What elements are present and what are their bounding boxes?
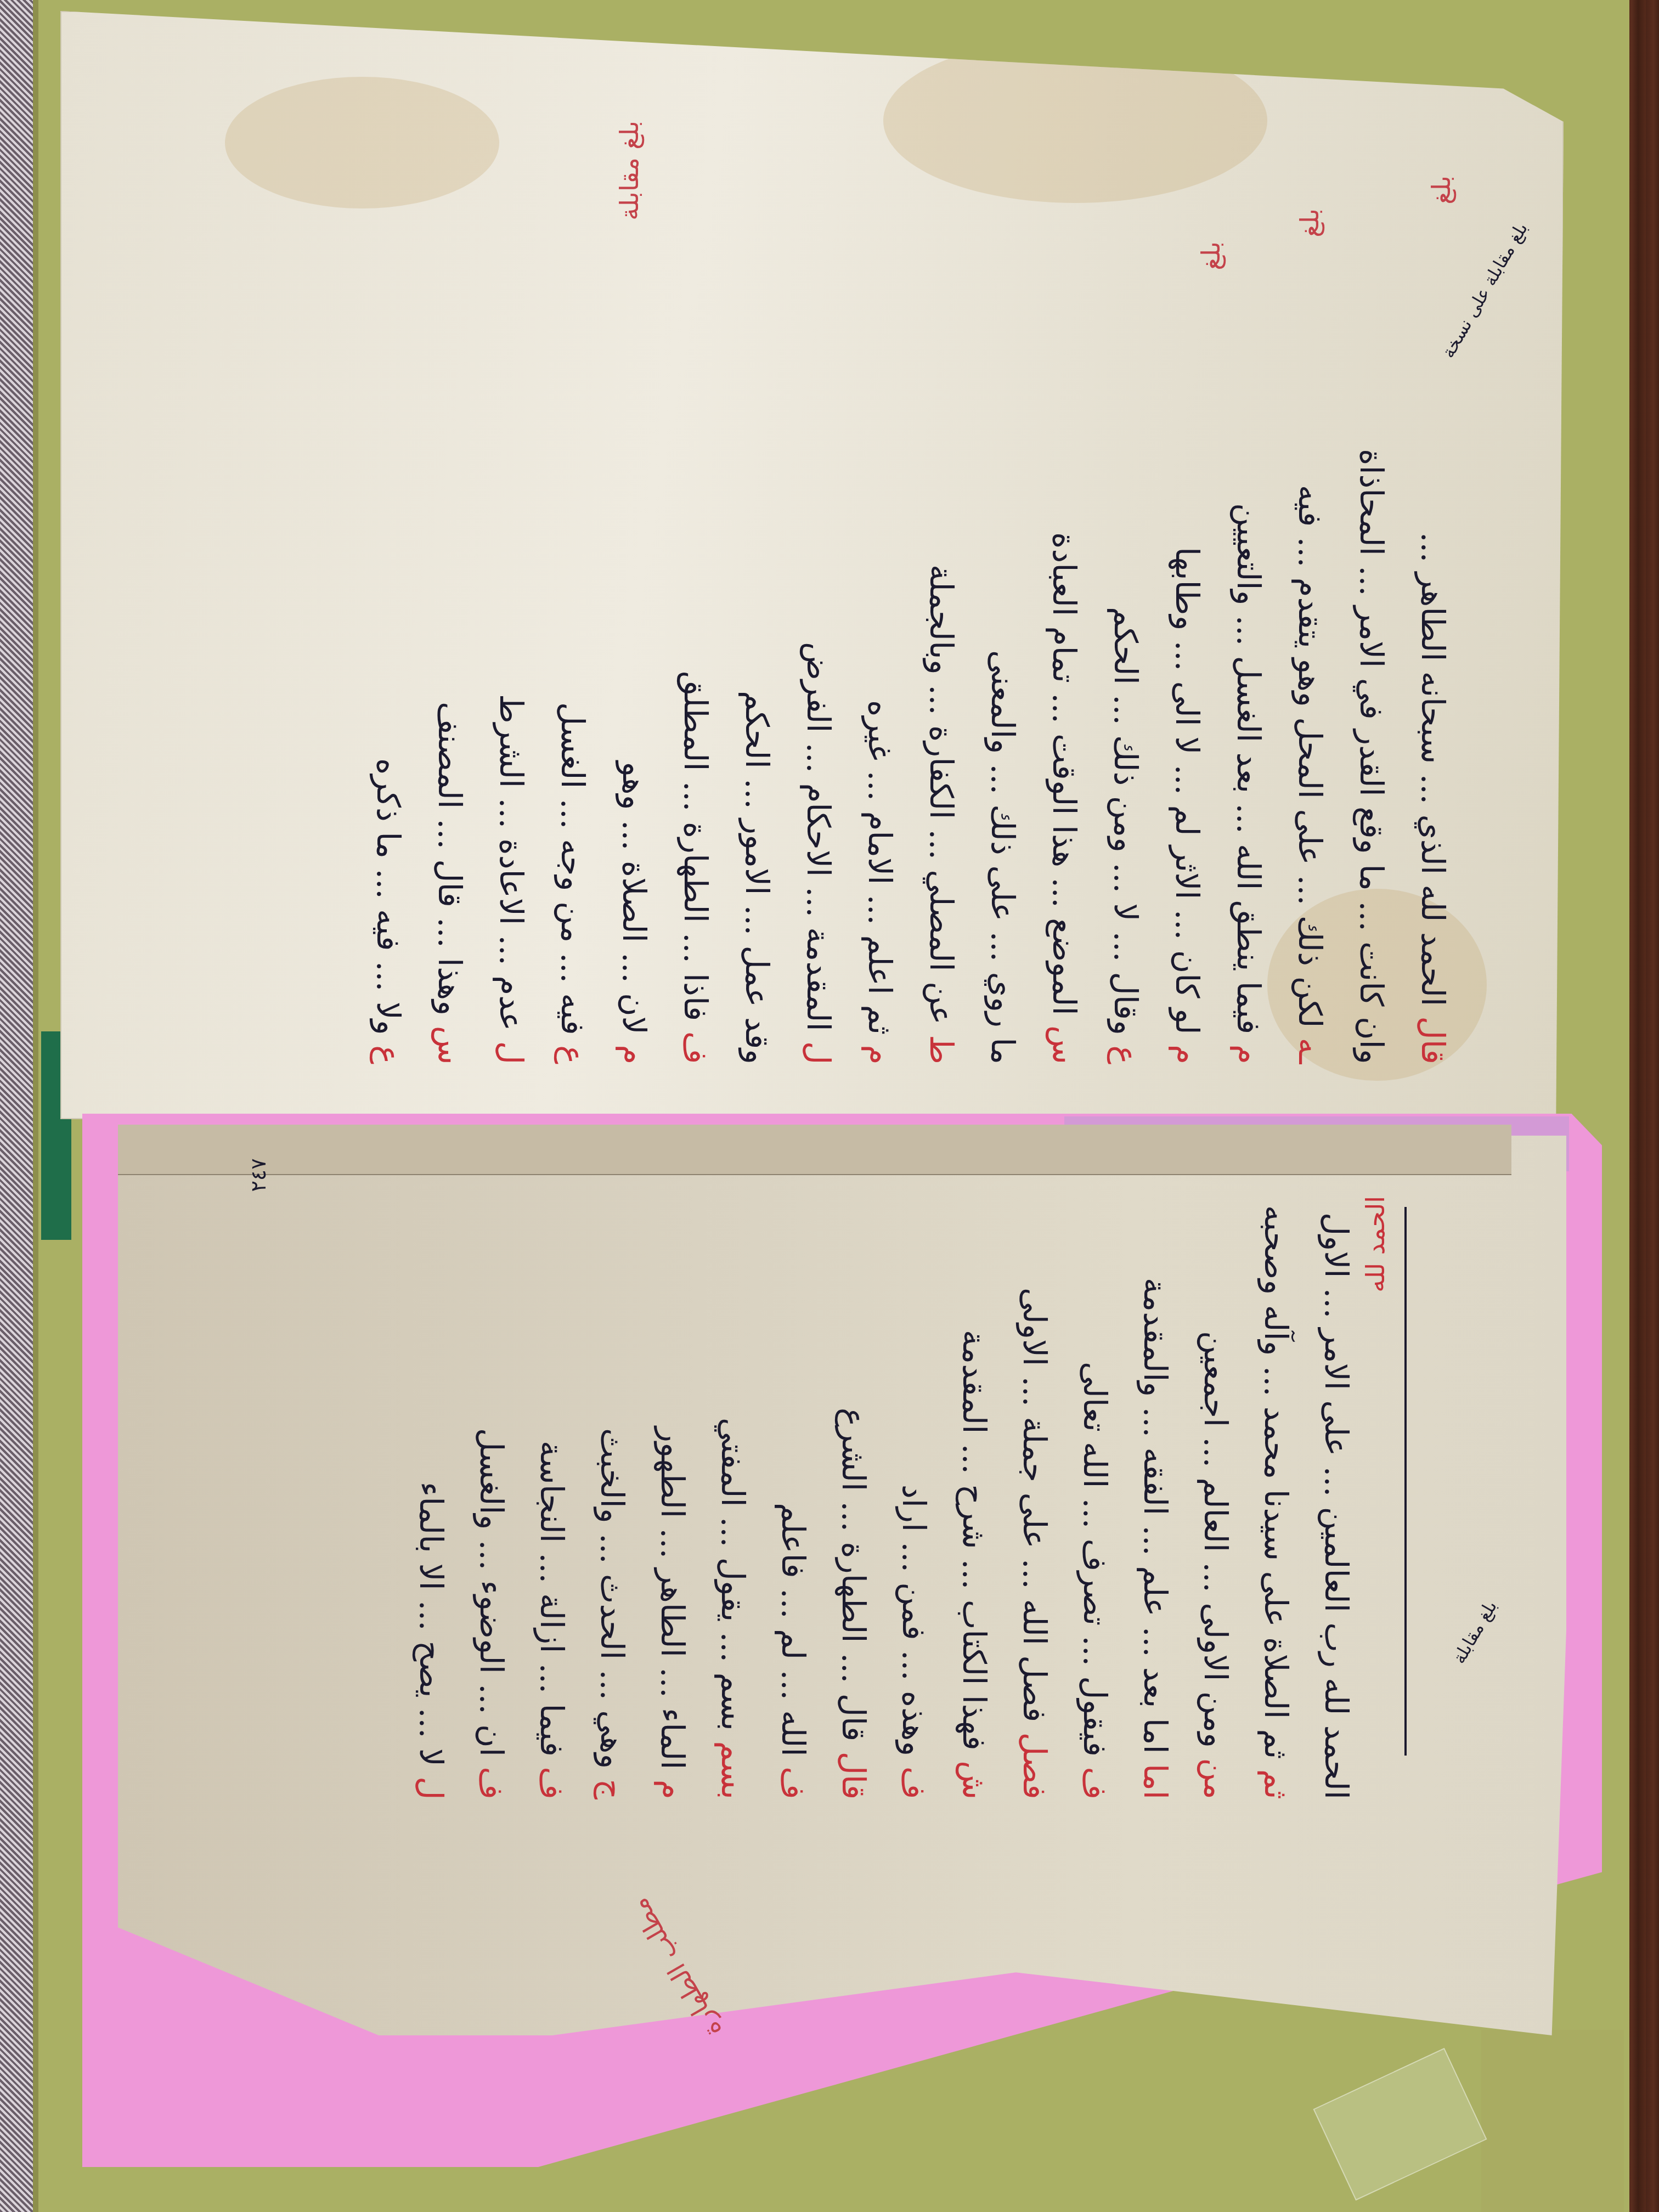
text-line: ع ولا ... فيه ... ما ذكره [351,351,413,1064]
text-line: ـه لكن ذلك ... على المحل وهو يتقدم ... ف… [1273,351,1334,1064]
text-line: ل لا ... يصح ... الا بالماء [395,1185,455,1799]
text-line: بسم بسم ... يقول ... المفتي [697,1185,757,1799]
upper-page-text: ع ولا ... فيه ... ما ذكره س وهذا ... قال… [351,351,1457,1064]
text-line: ف فيقول ... تصرف ... الله تعالى [1059,1185,1119,1799]
text-line: ثم ثم الصلاة على سيدنا محمد ... وآله وصح… [1240,1185,1300,1799]
text-line: ف فيما ... ازالة ... النجاسة [516,1185,576,1799]
text-line: ل عدم ... الاعادة ... الشرط [474,351,535,1064]
water-stain [225,77,499,208]
text-line: ما روي ... على ذلك ... والمعنى [966,351,1027,1064]
margin-annotation-red: بلغ [1196,241,1226,270]
text-line: ع فيه ... من وجه ... الغسل [535,351,597,1064]
heading-rubric: الحمد لله [1361,1196,1390,1293]
text-line: ش فهذا الكتاب ... شرح ... المقدمة [938,1185,998,1799]
patterned-fabric [0,0,33,2212]
margin-annotation-red: بلغ [1426,176,1456,205]
text-line: اما اما بعد ... علم ... الفقه ... والمقد… [1119,1185,1180,1799]
text-line: وقد عمل ... الامور ... الحكم [720,351,781,1064]
text-line: ج وهي ... الحدث ... والخبث [576,1185,636,1799]
text-line: فصل فصل الله ... على جملة ... الاولى [998,1185,1059,1799]
text-line: ط عن المصلي ... الكفارة ... وبالجملة [904,351,966,1064]
text-line: ف الله ... لم ... فاعلم [757,1185,817,1799]
text-line: ل المقدمة ... الاحكام ... الفرض [781,351,843,1064]
text-line: قال الحمد لله الذي ... سبحانه الطاهر ... [1396,351,1457,1064]
text-line: ع وقال ... لا ... ومن ذلك ... الحكم [1088,351,1150,1064]
text-line: س الموضع ... هذا الوقت ... تمام العبادة [1027,351,1088,1064]
text-line: قال قال ... الطهارة ... الشرع [817,1185,878,1799]
margin-annotation-red: بلغ [1295,208,1324,238]
text-line: الحمد لله رب العالمين ... على الامر ... … [1300,1185,1361,1799]
text-line: س وهذا ... قال ... المصنف [413,351,474,1064]
folio-number: ٢٤٧ [246,1158,270,1192]
lower-page-text: ل لا ... يصح ... الا بالماء ف ان ... الو… [395,1185,1361,1799]
text-line: من ومن الاولى ... العالم ... اجمعين [1180,1185,1240,1799]
text-line: ف وهذه ... فمن ... اراد [878,1185,938,1799]
text-line: م ثم اعلم ... الامام ... غيره [843,351,904,1064]
cover-corner [1481,2030,1624,2212]
margin-annotation-red: بلغ مقابلة [614,121,644,221]
text-line: ف فاذا ... الطهارة ... المطلق [658,351,720,1064]
text-line: م فيما ينطق الله ... بعد الغسل ... والتع… [1211,351,1273,1064]
text-line: م لان ... الصلاة ... وهو [597,351,658,1064]
text-line: ف ان ... الوضوء ... والغسل [455,1185,516,1799]
text-line: م الماء ... الطاهر ... الطهور [636,1185,697,1799]
text-line: م لو كان ... الاثر لم ... لا الى ... وطا… [1150,351,1211,1064]
text-frame-rule [1404,1207,1407,1756]
text-line: وان كانت ... ما وقع القدر في الامر ... ا… [1334,351,1396,1064]
paper-repair-strip [118,1125,1511,1175]
